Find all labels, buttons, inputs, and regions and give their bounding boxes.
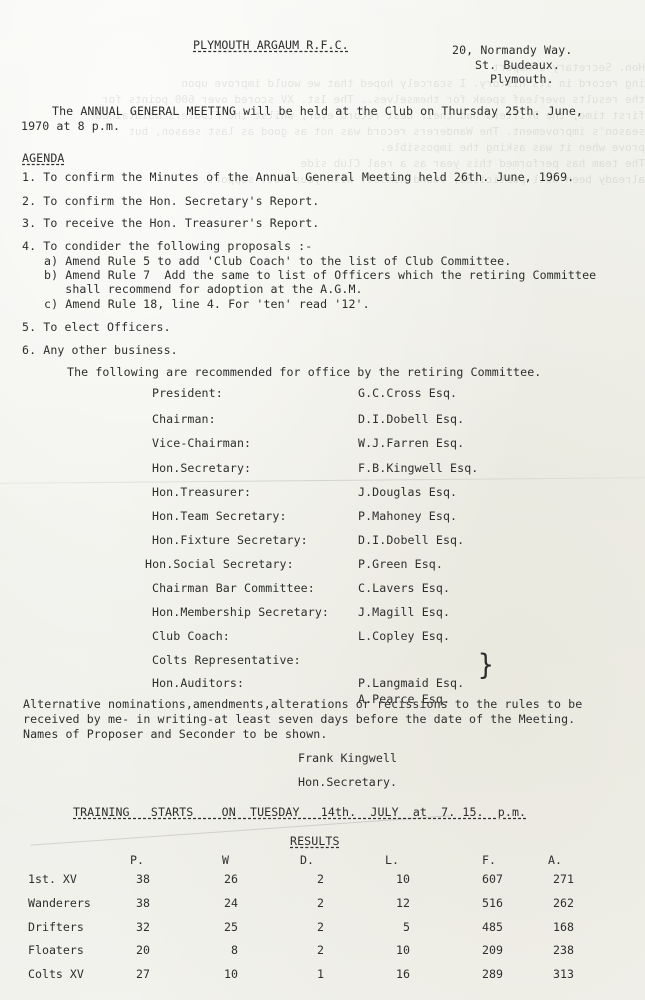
result-value-d: 2: [298, 920, 324, 934]
proposal-a: a) Amend Rule 5 to add 'Club Coach' to t…: [44, 254, 511, 268]
agenda-item-5: 5. To elect Officers.: [22, 320, 171, 334]
results-column-header: A.: [548, 853, 562, 867]
agenda-heading: AGENDA: [22, 151, 64, 165]
result-value-l: 5: [384, 920, 410, 934]
agenda-item-6: 6. Any other business.: [22, 343, 178, 357]
result-value-d: 2: [298, 943, 324, 957]
result-value-a: 238: [548, 943, 574, 957]
intro-line-2: 1970 at 8 p.m.: [21, 119, 120, 133]
proposal-b: b) Amend Rule 7 Add the same to list of …: [44, 268, 596, 282]
result-value-w: 26: [212, 872, 238, 886]
result-value-d: 2: [298, 896, 324, 910]
nominations-line-1: Alternative nominations,amendments,alter…: [23, 697, 582, 711]
team-name: 1st. XV: [28, 872, 77, 886]
results-heading: RESULTS: [290, 834, 340, 848]
team-name: Wanderers: [28, 896, 91, 910]
result-value-f: 209: [477, 943, 503, 957]
officer-role: Hon.Secretary:: [152, 461, 251, 475]
result-value-w: 8: [212, 943, 238, 957]
team-name: Colts XV: [28, 967, 84, 981]
result-value-a: 262: [548, 896, 574, 910]
result-value-p: 32: [124, 920, 150, 934]
proposal-c: c) Amend Rule 18, line 4. For 'ten' read…: [44, 297, 370, 311]
agenda-item-2: 2. To confirm the Hon. Secretary's Repor…: [22, 194, 319, 208]
result-value-p: 20: [124, 943, 150, 957]
officer-role: Chairman:: [152, 412, 216, 426]
agenda-item-3: 3. To receive the Hon. Treasurer's Repor…: [22, 216, 319, 230]
officer-name: G.C.Cross Esq.: [358, 386, 457, 400]
results-column-header: F.: [482, 853, 496, 867]
result-value-d: 2: [298, 872, 324, 886]
officer-role: Colts Representative:: [152, 653, 301, 667]
officer-role: Hon.Social Secretary:: [145, 557, 294, 571]
training-notice: TRAINING STARTS ON TUESDAY 14th. JULY at…: [73, 805, 526, 819]
officer-name: C.Lavers Esq.: [358, 581, 450, 595]
officer-name: F.B.Kingwell Esq.: [358, 461, 478, 475]
result-value-f: 485: [477, 920, 503, 934]
intro-line-1: The ANNUAL GENERAL MEETING will be held …: [52, 104, 583, 118]
address-line-3: Plymouth.: [490, 72, 554, 86]
officers-intro: The following are recommended for office…: [67, 365, 541, 379]
officer-role: Hon.Auditors:: [152, 676, 244, 690]
result-value-a: 168: [548, 920, 574, 934]
team-name: Floaters: [28, 943, 84, 957]
result-value-w: 10: [212, 967, 238, 981]
result-value-p: 27: [124, 967, 150, 981]
officer-name: P.Mahoney Esq.: [358, 509, 457, 523]
result-value-l: 12: [384, 896, 410, 910]
result-value-f: 516: [477, 896, 503, 910]
officer-role: Hon.Membership Secretary:: [152, 605, 329, 619]
result-value-p: 38: [124, 872, 150, 886]
officer-name: D.I.Dobell Esq.: [358, 533, 464, 547]
officer-role: Hon.Team Secretary:: [152, 509, 287, 523]
signature-title: Hon.Secretary.: [298, 775, 397, 789]
team-name: Drifters: [28, 920, 84, 934]
result-value-l: 16: [384, 967, 410, 981]
result-value-a: 313: [548, 967, 574, 981]
result-value-a: 271: [548, 872, 574, 886]
result-value-w: 25: [212, 920, 238, 934]
officer-role: Chairman Bar Committee:: [152, 581, 315, 595]
nominations-line-2: received by me- in writing-at least seve…: [23, 712, 575, 726]
club-name-heading: PLYMOUTH ARGAUM R.F.C.: [193, 38, 349, 52]
officer-role: Vice-Chairman:: [152, 436, 251, 450]
agenda-item-4: 4. To condider the following proposals :…: [22, 239, 312, 253]
agenda-item-1: 1. To confirm the Minutes of the Annual …: [22, 170, 574, 184]
officer-name: D.I.Dobell Esq.: [358, 412, 464, 426]
officer-role: Hon.Fixture Secretary:: [152, 533, 308, 547]
nominations-line-3: Names of Proposer and Seconder to be sho…: [23, 727, 327, 741]
officer-role: President:: [152, 386, 223, 400]
auditors-brace: }: [478, 651, 494, 680]
result-value-l: 10: [384, 943, 410, 957]
officer-name: J.Magill Esq.: [358, 605, 450, 619]
result-value-d: 1: [298, 967, 324, 981]
results-column-header: L.: [385, 853, 399, 867]
address-line-2: St. Budeaux.: [475, 58, 560, 72]
officer-role: Club Coach:: [152, 629, 230, 643]
address-line-1: 20, Normandy Way.: [452, 43, 572, 57]
results-column-header: P.: [130, 853, 144, 867]
result-value-w: 24: [212, 896, 238, 910]
results-column-header: W: [222, 853, 229, 867]
signature-name: Frank Kingwell: [298, 751, 397, 765]
officer-name: J.Douglas Esq.: [358, 485, 457, 499]
result-value-p: 38: [124, 896, 150, 910]
officer-name: P.Green Esq.: [358, 557, 443, 571]
proposal-b-cont: shall recommend for adoption at the A.G.…: [44, 282, 363, 296]
officer-name: W.J.Farren Esq.: [358, 436, 464, 450]
result-value-f: 289: [477, 967, 503, 981]
officer-role: Hon.Treasurer:: [152, 485, 251, 499]
result-value-l: 10: [384, 872, 410, 886]
results-column-header: D.: [300, 853, 314, 867]
officer-name: P.Langmaid Esq.: [358, 676, 464, 690]
officer-name: L.Copley Esq.: [358, 629, 450, 643]
result-value-f: 607: [477, 872, 503, 886]
